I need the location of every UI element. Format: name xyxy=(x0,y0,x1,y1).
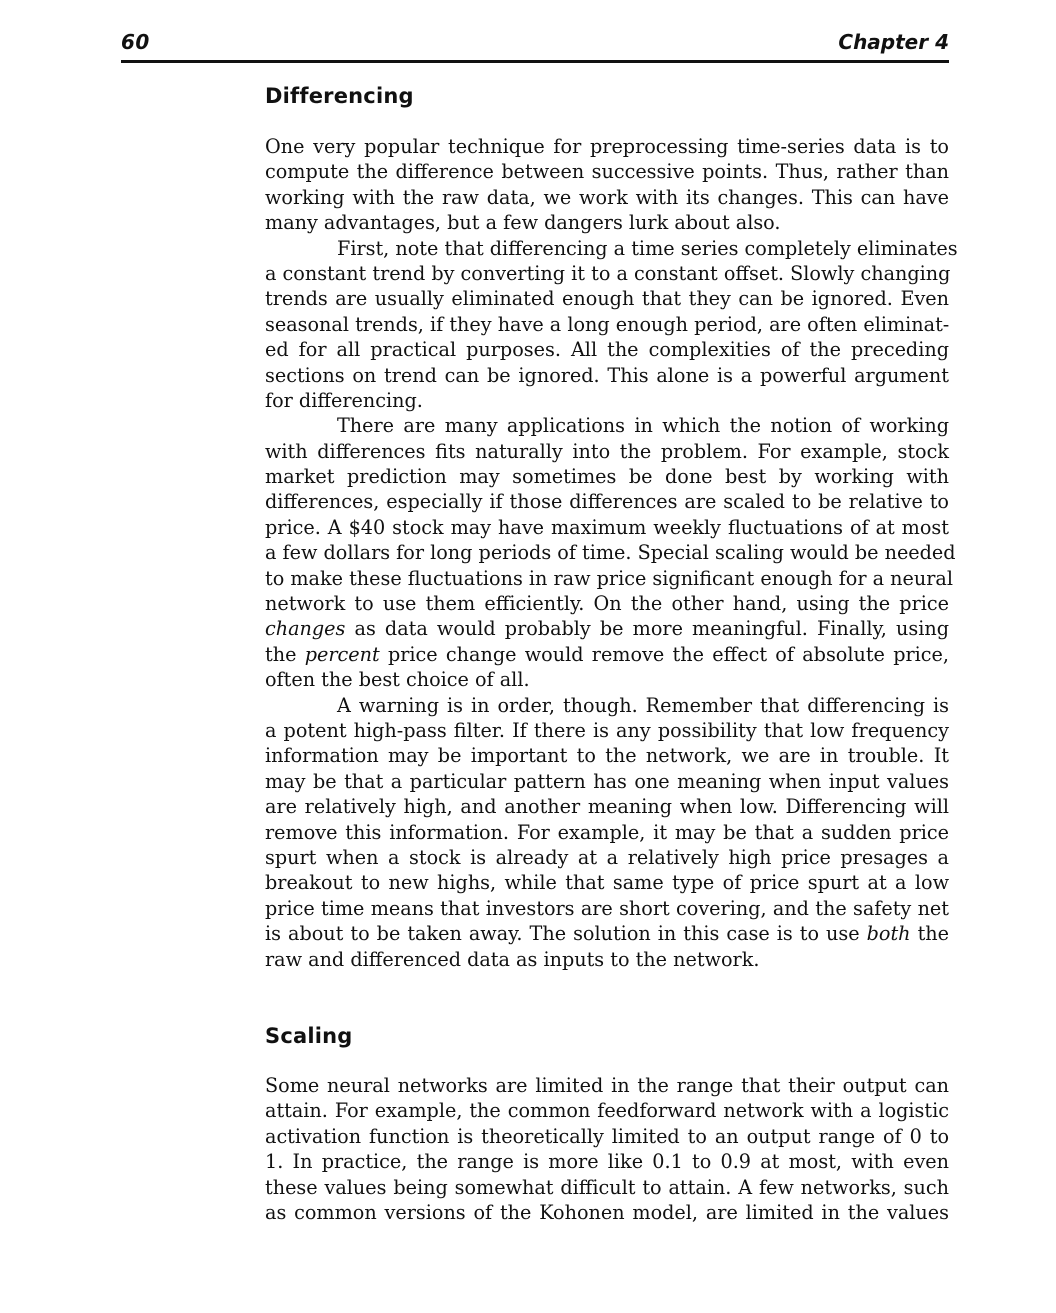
text-line: breakout to new highs, while that same t… xyxy=(265,870,949,895)
text-line: price. A $40 stock may have maximum week… xyxy=(265,515,949,540)
section-heading-scaling: Scaling xyxy=(265,1024,353,1048)
text-line: remove this information. For example, it… xyxy=(265,820,949,845)
text-line: is about to be taken away. The solution … xyxy=(265,921,949,946)
text-line: for differencing. xyxy=(265,388,949,413)
section-heading-differencing: Differencing xyxy=(265,84,414,108)
paragraph: Some neural networks are limited in the … xyxy=(265,1073,949,1225)
text-line: with differences fits naturally into the… xyxy=(265,439,949,464)
text-line: network to use them efficiently. On the … xyxy=(265,591,949,616)
text-line: many advantages, but a few dangers lurk … xyxy=(265,210,949,235)
text-line: a constant trend by converting it to a c… xyxy=(265,261,949,286)
text-line: price time means that investors are shor… xyxy=(265,896,949,921)
text-line: First, note that differencing a time ser… xyxy=(265,236,949,261)
text-line: differences, especially if those differe… xyxy=(265,489,949,514)
header-rule xyxy=(121,60,949,63)
text-line: There are many applications in which the… xyxy=(265,413,949,438)
text-line: to make these fluctuations in raw price … xyxy=(265,566,949,591)
emphasis: changes xyxy=(265,617,345,640)
section-body-differencing: One very popular technique for preproces… xyxy=(265,134,949,972)
chapter-label: Chapter 4 xyxy=(838,30,949,54)
paragraph: There are many applications in which the… xyxy=(265,413,949,692)
text-line: attain. For example, the common feedforw… xyxy=(265,1098,949,1123)
text-line: 1. In practice, the range is more like 0… xyxy=(265,1149,949,1174)
section-body-scaling: Some neural networks are limited in the … xyxy=(265,1073,949,1225)
text-line: Some neural networks are limited in the … xyxy=(265,1073,949,1098)
emphasis: percent xyxy=(305,643,380,666)
text-line: spurt when a stock is already at a relat… xyxy=(265,845,949,870)
text-line: sections on trend can be ignored. This a… xyxy=(265,363,949,388)
text-line: a potent high-pass filter. If there is a… xyxy=(265,718,949,743)
paragraph: One very popular technique for preproces… xyxy=(265,134,949,236)
text-line: changes as data would probably be more m… xyxy=(265,616,949,641)
text-line: One very popular technique for preproces… xyxy=(265,134,949,159)
paragraph: First, note that differencing a time ser… xyxy=(265,236,949,414)
text-line: may be that a particular pattern has one… xyxy=(265,769,949,794)
running-head: 60 Chapter 4 xyxy=(121,30,949,60)
text-line: working with the raw data, we work with … xyxy=(265,185,949,210)
text-line: compute the difference between successiv… xyxy=(265,159,949,184)
text-line: market prediction may sometimes be done … xyxy=(265,464,949,489)
text-line: trends are usually eliminated enough tha… xyxy=(265,286,949,311)
emphasis: both xyxy=(867,922,911,945)
text-line: as common versions of the Kohonen model,… xyxy=(265,1200,949,1225)
text-line: often the best choice of all. xyxy=(265,667,949,692)
text-line: activation function is theoretically lim… xyxy=(265,1124,949,1149)
text-line: ed for all practical purposes. All the c… xyxy=(265,337,949,362)
text-line: these values being somewhat difficult to… xyxy=(265,1175,949,1200)
text-line: a few dollars for long periods of time. … xyxy=(265,540,949,565)
text-line: A warning is in order, though. Remember … xyxy=(265,693,949,718)
text-line: are relatively high, and another meaning… xyxy=(265,794,949,819)
text-line: seasonal trends, if they have a long eno… xyxy=(265,312,949,337)
text-line: raw and differenced data as inputs to th… xyxy=(265,947,949,972)
text-line: information may be important to the netw… xyxy=(265,743,949,768)
page-number: 60 xyxy=(121,30,150,54)
paragraph: A warning is in order, though. Remember … xyxy=(265,693,949,972)
text-line: the percent price change would remove th… xyxy=(265,642,949,667)
